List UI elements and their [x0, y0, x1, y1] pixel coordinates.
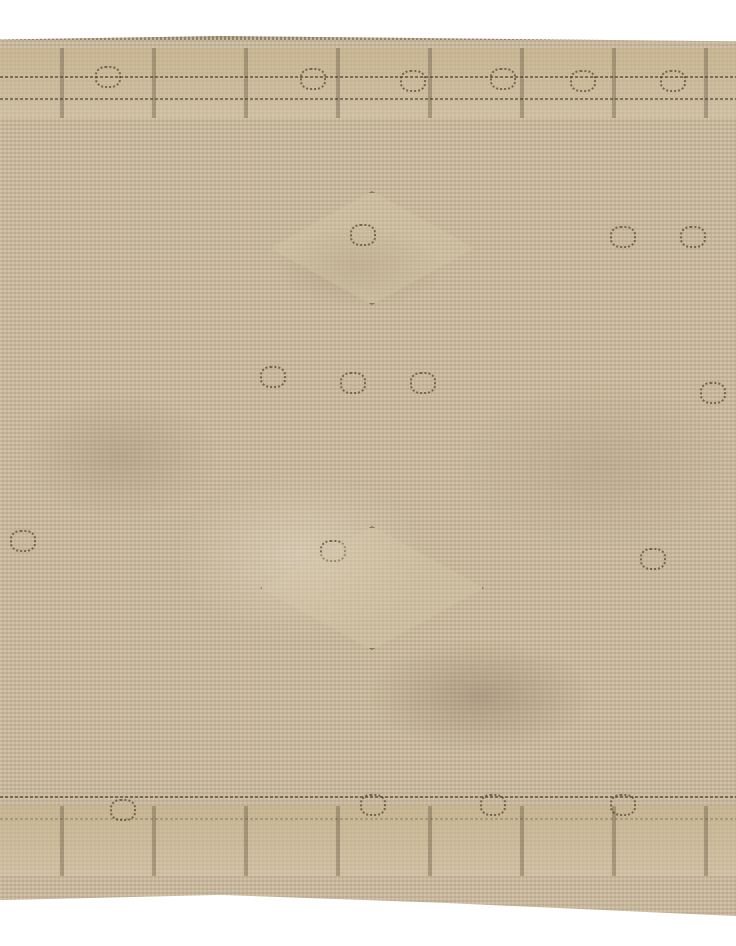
rosette-motif [490, 68, 516, 90]
rosette-motif [570, 70, 596, 92]
diamond-medallion [270, 191, 474, 305]
rosette-motif [640, 548, 666, 570]
rosette-motif [610, 794, 636, 816]
rosette-motif [300, 68, 326, 90]
rosette-motif [360, 794, 386, 816]
rosette-motif [480, 794, 506, 816]
rosette-motif [400, 70, 426, 92]
rosette-motif [10, 530, 36, 552]
border-rule [0, 98, 736, 100]
rosette-motif [610, 226, 636, 248]
rosette-motif [340, 372, 366, 394]
rug-top-edge [0, 36, 736, 40]
rosette-motif [350, 224, 376, 246]
rosette-motif [110, 799, 136, 821]
rosette-motif [95, 66, 121, 88]
rosette-motif [260, 366, 286, 388]
diamond-medallion [260, 526, 484, 650]
rosette-motif [700, 382, 726, 404]
rosette-motif [680, 226, 706, 248]
rosette-motif [410, 372, 436, 394]
rug-photo [0, 36, 736, 916]
rosette-motif [660, 70, 686, 92]
